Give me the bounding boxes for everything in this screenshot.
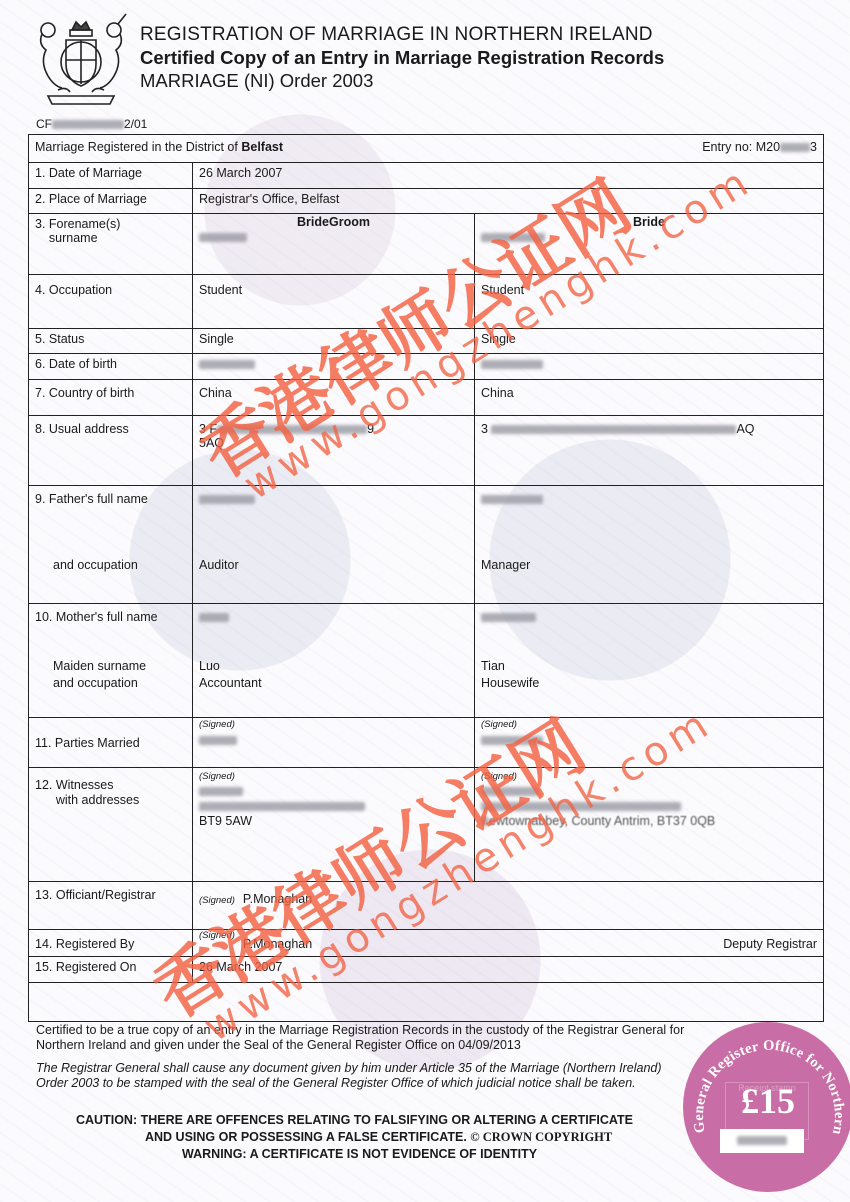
label-text: 9. Father's full name	[35, 492, 148, 506]
bride-mother: TianHousewife	[475, 604, 824, 718]
label-text: and occupation	[35, 558, 186, 572]
bride-mother-occupation: Housewife	[481, 676, 539, 690]
document-subtitle: Certified Copy of an Entry in Marriage R…	[140, 47, 664, 69]
signed-note: (Signed)	[199, 719, 468, 730]
address-text: 9	[367, 422, 374, 436]
row-occupation: 4. Occupation Student Student	[29, 275, 824, 329]
redacted-text	[199, 360, 255, 369]
fee-stamp: General Register Office for Northern Ire…	[683, 1022, 850, 1192]
address-text: 5AQ	[199, 436, 224, 450]
groom-signature: (Signed)	[193, 718, 475, 768]
crown-copyright: © CROWN COPYRIGHT	[470, 1130, 612, 1144]
caution-notice: CAUTION: THERE ARE OFFENCES RELATING TO …	[0, 1112, 700, 1163]
label-maiden: Maiden surnameand occupation	[35, 658, 186, 692]
bride-father: Manager	[475, 486, 824, 604]
bride-mother-details: TianHousewife	[481, 658, 817, 692]
redacted-text	[737, 1136, 787, 1145]
row-father: 9. Father's full nameand occupation Audi…	[29, 486, 824, 604]
label-officiant: 13. Officiant/Registrar	[29, 882, 193, 930]
redacted-text	[481, 360, 543, 369]
redacted-text	[217, 425, 367, 434]
row-registered-on: 15. Registered On 26 March 2007	[29, 957, 824, 983]
row-officiant: 13. Officiant/Registrar (Signed)P.Monagh…	[29, 882, 824, 930]
redacted-text	[481, 802, 681, 811]
cert-ref-suffix: 2/01	[124, 117, 147, 131]
district-value: Belfast	[241, 140, 283, 154]
district-row: Marriage Registered in the District of B…	[29, 135, 824, 163]
signed-note: (Signed)	[481, 719, 817, 730]
label-place-of-marriage: 2. Place of Marriage	[29, 189, 193, 214]
label-parties-married: 11. Parties Married	[29, 718, 193, 768]
signed-note: (Signed)	[199, 895, 235, 906]
row-blank	[29, 983, 824, 1022]
row-mother: 10. Mother's full nameMaiden surnameand …	[29, 604, 824, 718]
document-header: REGISTRATION OF MARRIAGE IN NORTHERN IRE…	[140, 24, 664, 92]
certificate-reference: CF2/01	[36, 117, 147, 131]
label-registered-on: 15. Registered On	[29, 957, 193, 983]
royal-coat-of-arms-icon	[28, 12, 134, 112]
blank-cell	[29, 983, 824, 1022]
redacted-text	[481, 495, 543, 504]
label-occupation: 4. Occupation	[29, 275, 193, 329]
bride-mother-maiden: Tian	[481, 659, 505, 673]
district-label: Marriage Registered in the District of	[35, 140, 241, 154]
label-date-of-marriage: 1. Date of Marriage	[29, 163, 193, 189]
address-text: 3 F	[199, 422, 217, 436]
entry-no-suffix: 3	[810, 140, 817, 154]
groom-mother-maiden: Luo	[199, 659, 220, 673]
groom-mother: LuoAccountant	[193, 604, 475, 718]
redacted-text	[481, 787, 539, 796]
redacted-text	[199, 233, 247, 242]
registered-by-value: (Signed)P.MonaghanDeputy Registrar	[193, 930, 824, 957]
label-father: 9. Father's full nameand occupation	[29, 486, 193, 604]
redacted-text	[481, 233, 545, 242]
row-country-of-birth: 7. Country of birth China China	[29, 380, 824, 416]
address-text: 3	[481, 422, 488, 436]
label-text: with addresses	[56, 793, 139, 807]
row-usual-address: 8. Usual address 3 F95AQ 3 AQ	[29, 416, 824, 486]
groom-father: Auditor	[193, 486, 475, 604]
redacted-text	[199, 736, 237, 745]
bride-occupation: Student	[475, 275, 824, 329]
label-country-of-birth: 7. Country of birth	[29, 380, 193, 416]
label-date-of-birth: 6. Date of birth	[29, 354, 193, 380]
redacted-text	[199, 613, 229, 622]
entry-no-label: Entry no: M20	[702, 140, 780, 154]
witness-2-address-tail: ewtownabbey, County Antrim, BT37 0QB	[489, 814, 715, 828]
label-text: Maiden surname	[53, 659, 146, 673]
bride-forename: Bride	[475, 214, 824, 275]
groom-mother-occupation: Accountant	[199, 676, 262, 690]
witness-1: (Signed)BT9 5AW	[193, 768, 475, 882]
certification-statement: Certified to be a true copy of an entry …	[36, 1023, 696, 1053]
officiant-name: P.Monaghan	[243, 892, 312, 906]
stamp-serial	[720, 1129, 804, 1153]
marriage-register-table: Marriage Registered in the District of B…	[28, 134, 824, 1022]
signed-note: (Signed)	[199, 769, 468, 784]
groom-date-of-birth	[193, 354, 475, 380]
witness-1-postcode: BT9 5AW	[199, 814, 252, 828]
value-registered-on: 26 March 2007	[193, 957, 824, 983]
row-status: 5. Status Single Single	[29, 329, 824, 354]
label-mother: 10. Mother's full nameMaiden surnameand …	[29, 604, 193, 718]
label-forename: 3. Forename(s) surname	[29, 214, 193, 275]
label-text: 10. Mother's full name	[35, 610, 158, 624]
row-place-of-marriage: 2. Place of Marriage Registrar's Office,…	[29, 189, 824, 214]
redacted-text	[491, 425, 736, 434]
bride-country-of-birth: China	[475, 380, 824, 416]
column-header-bridegroom: BrideGroom	[199, 215, 468, 229]
cert-ref-prefix: CF	[36, 117, 52, 131]
caution-line-1: CAUTION: THERE ARE OFFENCES RELATING TO …	[76, 1112, 700, 1129]
caution-line-2: AND USING OR POSSESSING A FALSE CERTIFIC…	[145, 1129, 700, 1146]
label-registered-by: 14. Registered By	[29, 930, 193, 957]
label-text: and occupation	[53, 676, 138, 690]
bride-date-of-birth	[475, 354, 824, 380]
groom-status: Single	[193, 329, 475, 354]
groom-address: 3 F95AQ	[193, 416, 475, 486]
bride-address: 3 AQ	[475, 416, 824, 486]
label-text: 12. Witnesses	[35, 778, 114, 792]
registrar-general-statement: The Registrar General shall cause any do…	[36, 1061, 696, 1091]
label-usual-address: 8. Usual address	[29, 416, 193, 486]
signed-note: (Signed)	[481, 769, 817, 784]
signed-note: (Signed)	[199, 930, 235, 941]
redacted-text	[481, 736, 543, 745]
address-text: AQ	[736, 422, 754, 436]
redacted-text	[780, 143, 810, 152]
redacted-text	[199, 495, 255, 504]
groom-father-occupation: Auditor	[199, 558, 468, 572]
redacted-text	[481, 817, 489, 826]
identity-warning: WARNING: A CERTIFICATE IS NOT EVIDENCE O…	[182, 1146, 700, 1163]
stamp-price: £15	[683, 1080, 850, 1122]
redacted-text	[481, 613, 536, 622]
column-header-bride: Bride	[481, 215, 817, 229]
row-forename: 3. Forename(s) surname BrideGroom Bride	[29, 214, 824, 275]
registered-by-role: Deputy Registrar	[723, 937, 817, 951]
row-parties-married: 11. Parties Married (Signed) (Signed)	[29, 718, 824, 768]
document-title: REGISTRATION OF MARRIAGE IN NORTHERN IRE…	[140, 24, 664, 46]
row-witnesses: 12. Witnesses with addresses (Signed)BT9…	[29, 768, 824, 882]
registered-by-name: P.Monaghan	[243, 937, 312, 951]
redacted-text	[52, 120, 124, 129]
bride-father-occupation: Manager	[481, 558, 817, 572]
groom-mother-details: LuoAccountant	[199, 658, 468, 692]
value-place-of-marriage: Registrar's Office, Belfast	[193, 189, 824, 214]
label-witnesses: 12. Witnesses with addresses	[29, 768, 193, 882]
row-registered-by: 14. Registered By (Signed)P.MonaghanDepu…	[29, 930, 824, 957]
officiant-signature: (Signed)P.Monaghan	[193, 882, 824, 930]
row-date-of-birth: 6. Date of birth	[29, 354, 824, 380]
row-date-of-marriage: 1. Date of Marriage 26 March 2007	[29, 163, 824, 189]
bride-status: Single	[475, 329, 824, 354]
label-text: 3. Forename(s)	[35, 217, 120, 231]
caution-text: AND USING OR POSSESSING A FALSE CERTIFIC…	[145, 1130, 470, 1144]
document-order: MARRIAGE (NI) Order 2003	[140, 70, 664, 92]
redacted-text	[199, 802, 365, 811]
entry-number: Entry no: M203	[702, 140, 817, 154]
redacted-text	[199, 787, 243, 796]
witness-2: (Signed)ewtownabbey, County Antrim, BT37…	[475, 768, 824, 882]
groom-occupation: Student	[193, 275, 475, 329]
groom-forename: BrideGroom	[193, 214, 475, 275]
groom-country-of-birth: China	[193, 380, 475, 416]
value-date-of-marriage: 26 March 2007	[193, 163, 824, 189]
label-text: surname	[49, 231, 98, 245]
label-status: 5. Status	[29, 329, 193, 354]
bride-signature: (Signed)	[475, 718, 824, 768]
